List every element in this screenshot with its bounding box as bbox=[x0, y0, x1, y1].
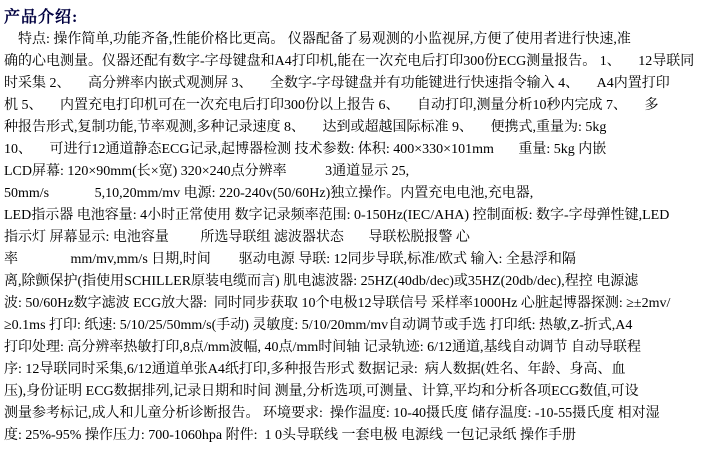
text-line: 指示灯 屏幕显示: 电池容量 所选导联组 滤波器状态 导联松脱报警 心 bbox=[4, 227, 720, 249]
text-line: LED指示器 电池容量: 4小时正常使用 数字记录频率范围: 0-150Hz(I… bbox=[4, 205, 720, 227]
text-line: 机 5、 内置充电打印机可在一次充电后打印300份以上报告 6、 自动打印,测量… bbox=[4, 95, 720, 117]
text-line: 测量参考标记,成人和儿童分析诊断报告。 环境要求: 操作温度: 10-40摄氏度… bbox=[4, 403, 720, 425]
text-line: 波: 50/60Hz数字滤波 ECG放大器: 同时同步获取 10个电极12导联信… bbox=[4, 293, 720, 315]
text-line: 度: 25%-95% 操作压力: 700-1060hpa 附件: 1 0头导联线… bbox=[4, 425, 720, 447]
text-line: 打印处理: 高分辨率热敏打印,8点/mm波幅, 40点/mm时间轴 记录轨迹: … bbox=[4, 337, 720, 359]
text-line: 特点: 操作简单,功能齐备,性能价格比更高。 仪器配备了易观测的小监视屏,方便了… bbox=[4, 29, 720, 51]
text-line: LCD屏幕: 120×90mm(长×宽) 320×240点分辨率 3通道显示 2… bbox=[4, 161, 720, 183]
text-line: 10、 可进行12通道静态ECG记录,起博器检测 技术参数: 体积: 400×3… bbox=[4, 139, 720, 161]
page-title: 产品介绍: bbox=[4, 6, 720, 29]
text-line: 种报告形式,复制功能,节率观测,多种记录速度 8、 达到或超越国际标准 9、 便… bbox=[4, 117, 720, 139]
text-line: 离,除颤保护(指使用SCHILLER原装电缆而言) 肌电滤波器: 25HZ(40… bbox=[4, 271, 720, 293]
text-line: 压),身份证明 ECG数据排列,记录日期和时间 测量,分析选项,可测量、计算,平… bbox=[4, 381, 720, 403]
text-line: ≥0.1ms 打印: 纸速: 5/10/25/50mm/s(手动) 灵敏度: 5… bbox=[4, 315, 720, 337]
text-line: 时采集 2、 高分辨率内嵌式观测屏 3、 全数字-字母键盘并有功能键进行快速指令… bbox=[4, 73, 720, 95]
text-line: 率 mm/mv,mm/s 日期,时间 驱动电源 导联: 12同步导联,标准/欧式… bbox=[4, 249, 720, 271]
text-line: 50mm/s 5,10,20mm/mv 电源: 220-240v(50/60Hz… bbox=[4, 183, 720, 205]
text-line: 序: 12导联同时采集,6/12通道单张A4纸打印,多种报告形式 数据记录: 病… bbox=[4, 359, 720, 381]
product-intro-document: 产品介绍: 特点: 操作简单,功能齐备,性能价格比更高。 仪器配备了易观测的小监… bbox=[0, 0, 722, 467]
text-line: 确的心电测量。仪器还配有数字-字母键盘和A4打印机,能在一次充电后打印300份E… bbox=[4, 51, 720, 73]
